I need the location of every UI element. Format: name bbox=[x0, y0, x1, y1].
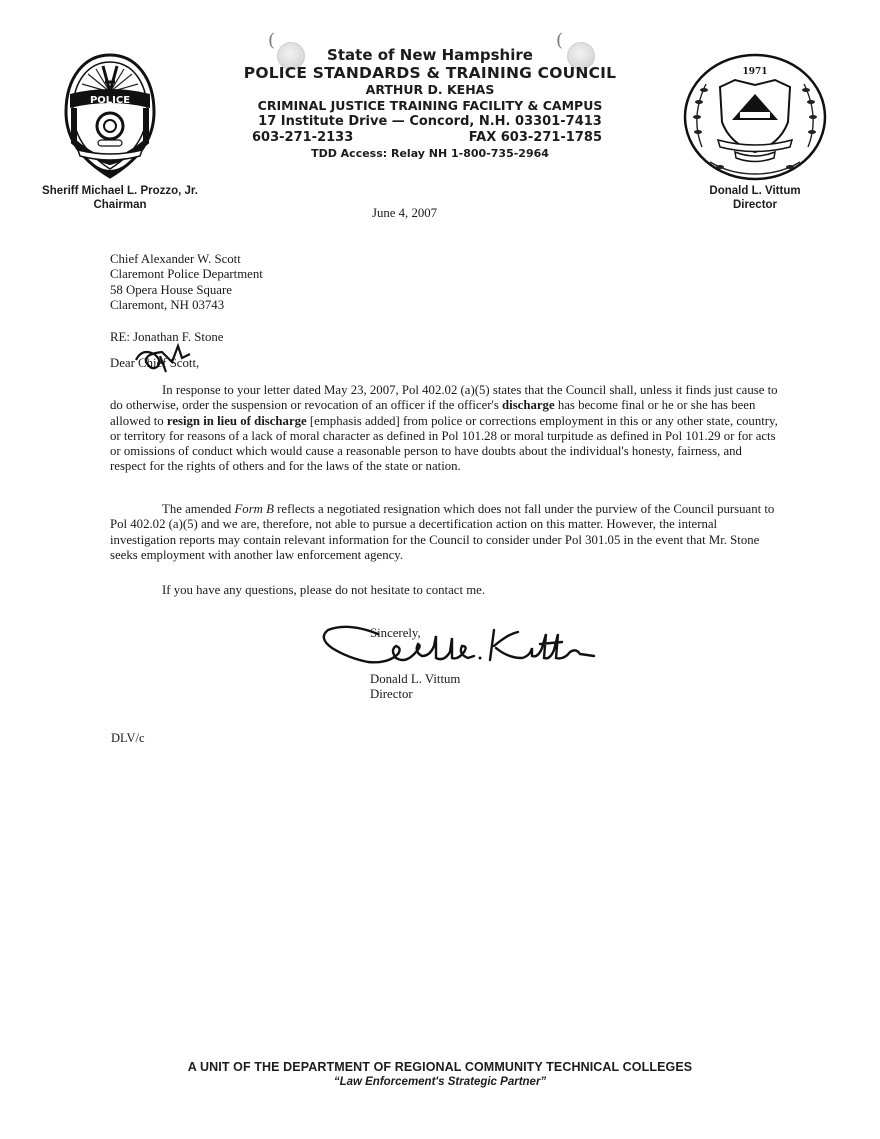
typist-initials: DLV/c bbox=[111, 731, 145, 746]
council-seal-logo: 1971 bbox=[680, 52, 830, 182]
body-paragraph-3: If you have any questions, please do not… bbox=[110, 583, 780, 598]
police-badge-logo: POLICE bbox=[60, 52, 160, 180]
letterhead-address: 17 Institute Drive — Concord, N.H. 03301… bbox=[240, 114, 620, 130]
svg-text:1971: 1971 bbox=[742, 67, 767, 77]
body-paragraph-2: The amended Form B reflects a negotiated… bbox=[110, 502, 780, 563]
letterhead-tdd: TDD Access: Relay NH 1-800-735-2964 bbox=[240, 146, 620, 162]
chairman-title: Chairman bbox=[20, 198, 220, 212]
chairman-name: Sheriff Michael L. Prozzo, Jr. bbox=[20, 184, 220, 198]
recipient-address: Chief Alexander W. Scott Claremont Polic… bbox=[110, 252, 263, 313]
body-paragraph-1: In response to your letter dated May 23,… bbox=[110, 383, 780, 475]
form-name: Form B bbox=[234, 502, 273, 516]
letterhead-state: State of New Hampshire bbox=[240, 46, 620, 64]
letterhead: State of New Hampshire POLICE STANDARDS … bbox=[240, 46, 620, 162]
recipient-line: Claremont Police Department bbox=[110, 267, 263, 282]
letterhead-phone: 603-271-2133 bbox=[252, 130, 353, 146]
handwritten-scribble-icon bbox=[132, 340, 202, 374]
letterhead-phones: 603-271-2133 FAX 603-271-1785 bbox=[240, 130, 620, 146]
chairman-block: Sheriff Michael L. Prozzo, Jr. Chairman bbox=[20, 184, 220, 212]
letter-date: June 4, 2007 bbox=[372, 206, 437, 221]
footer-tagline: “Law Enforcement's Strategic Partner” bbox=[0, 1075, 880, 1089]
council-seal-icon: 1971 bbox=[680, 52, 830, 182]
emphasis-text: resign in lieu of discharge bbox=[167, 414, 307, 428]
footer: A UNIT OF THE DEPARTMENT OF REGIONAL COM… bbox=[0, 1060, 880, 1089]
svg-text:POLICE: POLICE bbox=[90, 95, 130, 106]
letterhead-facility-name: ARTHUR D. KEHAS bbox=[240, 82, 620, 98]
director-name: Donald L. Vittum bbox=[670, 184, 840, 198]
director-block: Donald L. Vittum Director bbox=[670, 184, 840, 212]
recipient-line: Claremont, NH 03743 bbox=[110, 298, 263, 313]
signature-icon bbox=[318, 618, 598, 678]
recipient-line: Chief Alexander W. Scott bbox=[110, 252, 263, 267]
signer-name: Donald L. Vittum bbox=[370, 672, 460, 687]
director-title: Director bbox=[670, 198, 840, 212]
signer-title: Director bbox=[370, 687, 460, 702]
letterhead-fax: FAX 603-271-1785 bbox=[469, 130, 602, 146]
paragraph-text: The amended bbox=[162, 502, 234, 516]
letterhead-facility: CRIMINAL JUSTICE TRAINING FACILITY & CAM… bbox=[240, 98, 620, 114]
letterhead-council: POLICE STANDARDS & TRAINING COUNCIL bbox=[240, 64, 620, 82]
emphasis-text: discharge bbox=[502, 398, 555, 412]
paragraph-text: If you have any questions, please do not… bbox=[110, 583, 780, 598]
footer-unit: A UNIT OF THE DEPARTMENT OF REGIONAL COM… bbox=[0, 1060, 880, 1075]
police-badge-icon: POLICE bbox=[60, 52, 160, 180]
recipient-line: 58 Opera House Square bbox=[110, 283, 263, 298]
signer-block: Donald L. Vittum Director bbox=[370, 672, 460, 703]
